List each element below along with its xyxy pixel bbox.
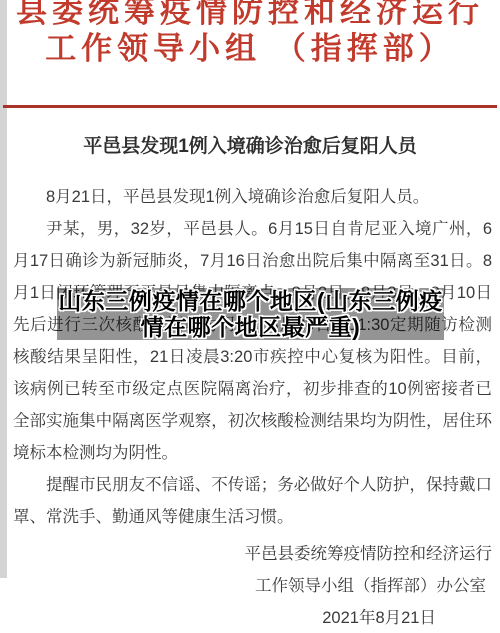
- notice-paragraph-2: 尹某，男，32岁，平邑县人。6月15日自肯尼亚入境广州，6月17日确诊为新冠肺炎…: [13, 213, 492, 469]
- signature-date: 2021年8月21日: [0, 602, 500, 633]
- notice-body: 8月21日，平邑县发现1例入境确诊治愈后复阳人员。 尹某，男，32岁，平邑县人。…: [13, 181, 492, 533]
- document-letterhead: 县委统筹疫情防控和经济运行 工作领导小组 （指挥部）: [0, 0, 500, 67]
- letterhead-line-2: 工作领导小组 （指挥部）: [0, 30, 500, 67]
- notice-paragraph-3: 提醒市民朋友不信谣、不传谣；务必做好个人防护，保持戴口罩、常洗手、勤通风等健康生…: [13, 469, 492, 533]
- notice-paragraph-1: 8月21日，平邑县发现1例入境确诊治愈后复阳人员。: [13, 181, 492, 213]
- signature-org-line-1: 平邑县委统筹疫情防控和经济运行: [0, 538, 500, 570]
- notice-title: 平邑县发现1例入境确诊治愈后复阳人员: [0, 136, 500, 158]
- notice-photo: 县委统筹疫情防控和经济运行 工作领导小组 （指挥部） 平邑县发现1例入境确诊治愈…: [0, 0, 500, 633]
- signature-block: 平邑县委统筹疫情防控和经济运行 工作领导小组（指挥部）办公室 2021年8月21…: [0, 538, 500, 633]
- caption-line-2: 情在哪个地区最严重): [57, 314, 444, 340]
- letterhead-line-1: 县委统筹疫情防控和经济运行: [0, 0, 500, 30]
- photo-left-edge-band: [0, 0, 7, 578]
- letterhead-divider-line: [3, 105, 497, 108]
- caption-line-1: 山东三例疫情在哪个地区(山东三例疫: [57, 288, 444, 314]
- caption-overlay: 山东三例疫情在哪个地区(山东三例疫 情在哪个地区最严重): [57, 288, 444, 340]
- signature-org-line-2: 工作领导小组（指挥部）办公室: [0, 570, 500, 602]
